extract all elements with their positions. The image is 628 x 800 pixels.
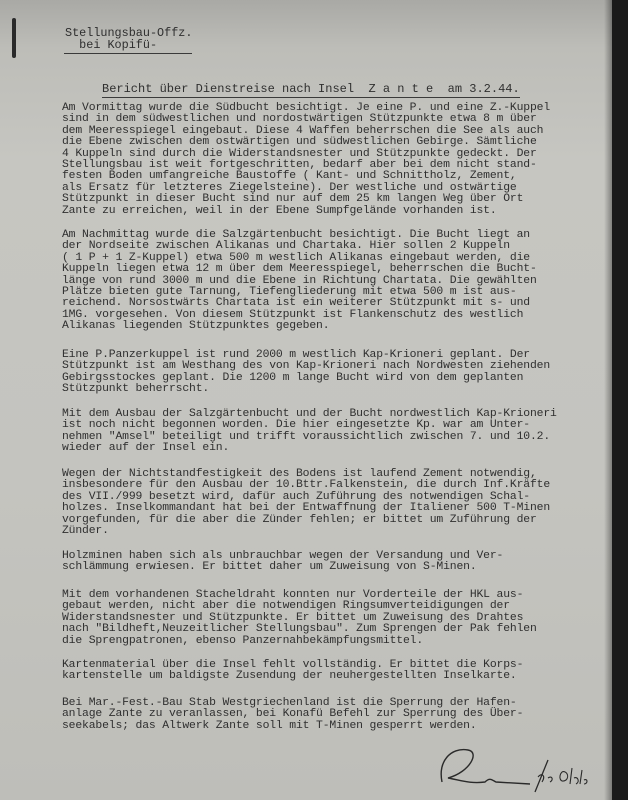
sender-line-2: bei Kopifü- <box>65 39 192 51</box>
paragraph-line: Kuppeln liegen etwa 12 m über dem Meeres… <box>62 264 537 275</box>
paragraph-line: Zante zu erreichen, weil in der Ebene Su… <box>62 206 550 217</box>
paragraph-line: seekabels; das Altwerk Zante soll mit T-… <box>62 721 523 732</box>
sender-underline <box>64 53 192 54</box>
report-title: Bericht über Dienstreise nach Insel Z a … <box>102 82 520 98</box>
paragraph-line: schlämmung erwiesen. Er bittet daher um … <box>62 562 503 573</box>
handwritten-signature <box>430 742 600 797</box>
report-paragraph: Am Vormittag wurde die Südbucht besichti… <box>62 103 550 217</box>
punch-hole-mark <box>12 18 16 58</box>
paragraph-line: vorgefunden, für die aber die Zünder feh… <box>62 515 550 526</box>
paragraph-line: Stützpunkt beherrscht. <box>62 384 550 395</box>
report-paragraph: Wegen der Nichtstandfestigkeit des Boden… <box>62 469 550 537</box>
paragraph-line: nach "Bildheft,Neuzeitlicher Stellungsba… <box>62 624 537 635</box>
paragraph-line: wieder auf der Insel ein. <box>62 443 557 454</box>
report-paragraph: Bei Mar.-Fest.-Bau Stab Westgriechenland… <box>62 698 523 732</box>
report-paragraph: Eine P.Panzerkuppel ist rund 2000 m west… <box>62 350 550 396</box>
report-paragraph: Am Nachmittag wurde die Salzgärtenbucht … <box>62 230 537 333</box>
paragraph-line: holzes. Inselkommandant hat bei der Entw… <box>62 503 550 514</box>
paragraph-line: Alikanas liegenden Stützpunktes gegeben. <box>62 321 537 332</box>
report-paragraph: Mit dem Ausbau der Salzgärtenbucht und d… <box>62 409 557 455</box>
document-page: Stellungsbau-Offz. bei Kopifü- Bericht ü… <box>0 0 612 800</box>
paragraph-line: die Sprengpatronen, ebenso Panzernahbekä… <box>62 636 537 647</box>
sender-block: Stellungsbau-Offz. bei Kopifü- <box>65 27 192 51</box>
report-paragraph: Kartenmaterial über die Insel fehlt voll… <box>62 660 523 683</box>
report-paragraph: Holzminen haben sich als unbrauchbar weg… <box>62 551 503 574</box>
paragraph-line: Stützpunkt in dieser Bucht sind nur auf … <box>62 194 550 205</box>
report-paragraph: Mit dem vorhandenen Stacheldraht konnten… <box>62 590 537 647</box>
paragraph-line: kartenstelle um baldigste Zusendung der … <box>62 671 523 682</box>
paragraph-line: die Ebene zwischen dem ostwärtigen und s… <box>62 137 550 148</box>
paragraph-line: Zünder. <box>62 526 550 537</box>
